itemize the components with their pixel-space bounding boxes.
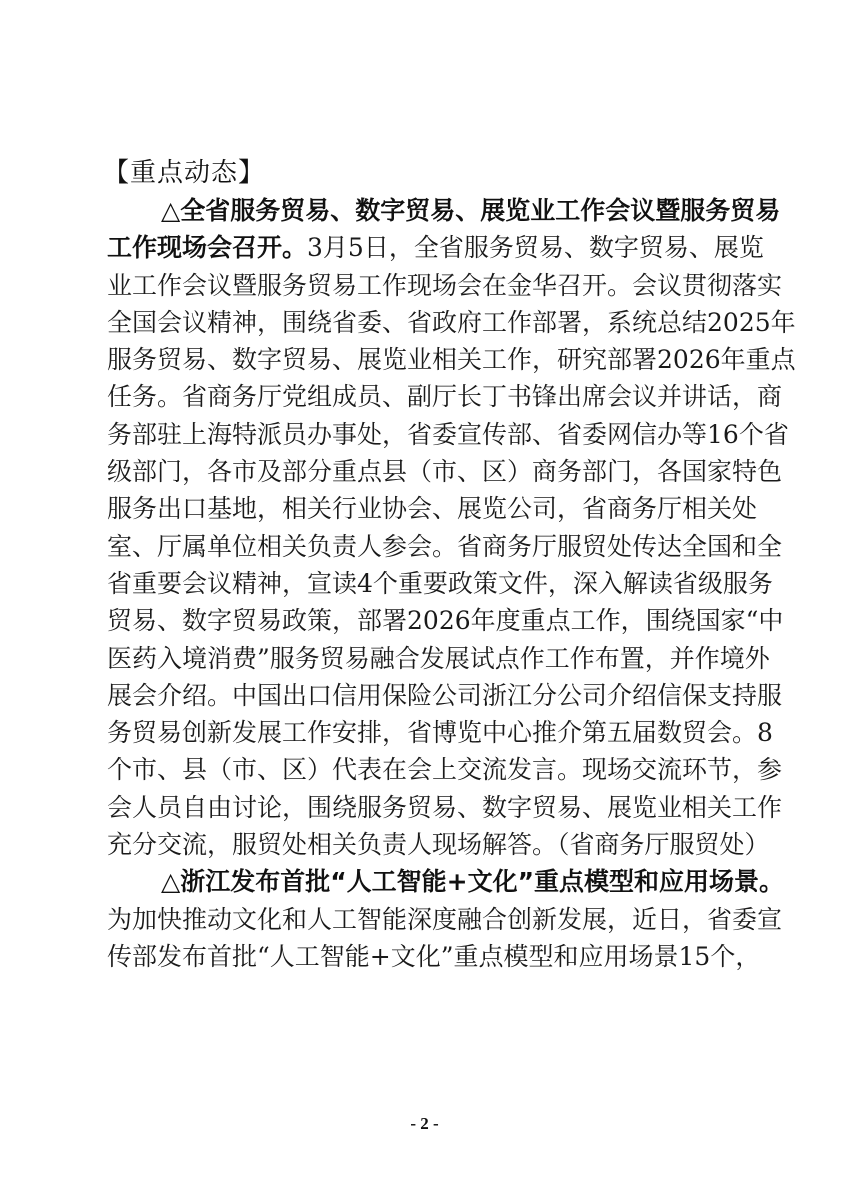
article-title-continued: 工作现场会召开。 (107, 233, 307, 262)
text-line: 个市、县（市、区）代表在会上交流发言。现场交流环节，参 (107, 751, 745, 788)
article-ai-culture: △浙江发布首批“人工智能+文化”重点模型和应用场景。 为加快推动文化和人工智能深… (107, 863, 745, 975)
text-line: 贸易、数字贸易政策，部署2026年度重点工作，围绕国家“中 (107, 602, 745, 639)
text-line: 任务。省商务厅党组成员、副厅长丁书锋出席会议并讲话，商 (107, 378, 745, 415)
article-title-line: △全省服务贸易、数字贸易、展览业工作会议暨服务贸易 (107, 192, 745, 229)
text-line: 全国会议精神，围绕省委、省政府工作部署，系统总结2025年 (107, 304, 745, 341)
article-title: △浙江发布首批“人工智能+文化”重点模型和应用场景。 (161, 867, 784, 896)
text-line: 服务贸易、数字贸易、展览业相关工作，研究部署2026年重点 (107, 341, 745, 378)
text-line: 省重要会议精神，宣读4个重要政策文件，深入解读省级服务 (107, 565, 745, 602)
text-line: 业工作会议暨服务贸易工作现场会在金华召开。会议贯彻落实 (107, 267, 745, 304)
text-line-source: 充分交流，服贸处相关负责人现场解答。（省商务厅服贸处） (107, 826, 745, 863)
text-line: 服务出口基地，相关行业协会、展览公司，省商务厅相关处 (107, 490, 745, 527)
text-line: 级部门，各市及部分重点县（市、区）商务部门，各国家特色 (107, 453, 745, 490)
text-line: 务部驻上海特派员办事处，省委宣传部、省委网信办等16个省 (107, 416, 745, 453)
page-number: - 2 - (0, 1114, 849, 1134)
text-line: 传部发布首批“人工智能+文化”重点模型和应用场景15个， (107, 938, 745, 975)
document-page: 【重点动态】 △全省服务贸易、数字贸易、展览业工作会议暨服务贸易 工作现场会召开… (0, 0, 849, 1200)
section-heading: 【重点动态】 (103, 154, 745, 192)
text-line: 务贸易创新发展工作安排，省博览中心推介第五届数贸会。8 (107, 714, 745, 751)
article-meeting-service-trade: △全省服务贸易、数字贸易、展览业工作会议暨服务贸易 工作现场会召开。3月5日，全… (107, 192, 745, 863)
text-line: 室、厅属单位相关负责人参会。省商务厅服贸处传达全国和全 (107, 528, 745, 565)
text-line: 会人员自由讨论，围绕服务贸易、数字贸易、展览业相关工作 (107, 789, 745, 826)
text-line: 展会介绍。中国出口信用保险公司浙江分公司介绍信保支持服 (107, 677, 745, 714)
body-text: 3月5日，全省服务贸易、数字贸易、展览 (307, 233, 764, 262)
text-line: 工作现场会召开。3月5日，全省服务贸易、数字贸易、展览 (107, 229, 745, 266)
page-content: 【重点动态】 △全省服务贸易、数字贸易、展览业工作会议暨服务贸易 工作现场会召开… (107, 154, 745, 975)
article-title-line: △浙江发布首批“人工智能+文化”重点模型和应用场景。 (107, 863, 745, 900)
text-line: 为加快推动文化和人工智能深度融合创新发展，近日，省委宣 (107, 901, 745, 938)
text-line: 医药入境消费”服务贸易融合发展试点作工作布置，并作境外 (107, 640, 745, 677)
article-title: △全省服务贸易、数字贸易、展览业工作会议暨服务贸易 (161, 196, 780, 225)
